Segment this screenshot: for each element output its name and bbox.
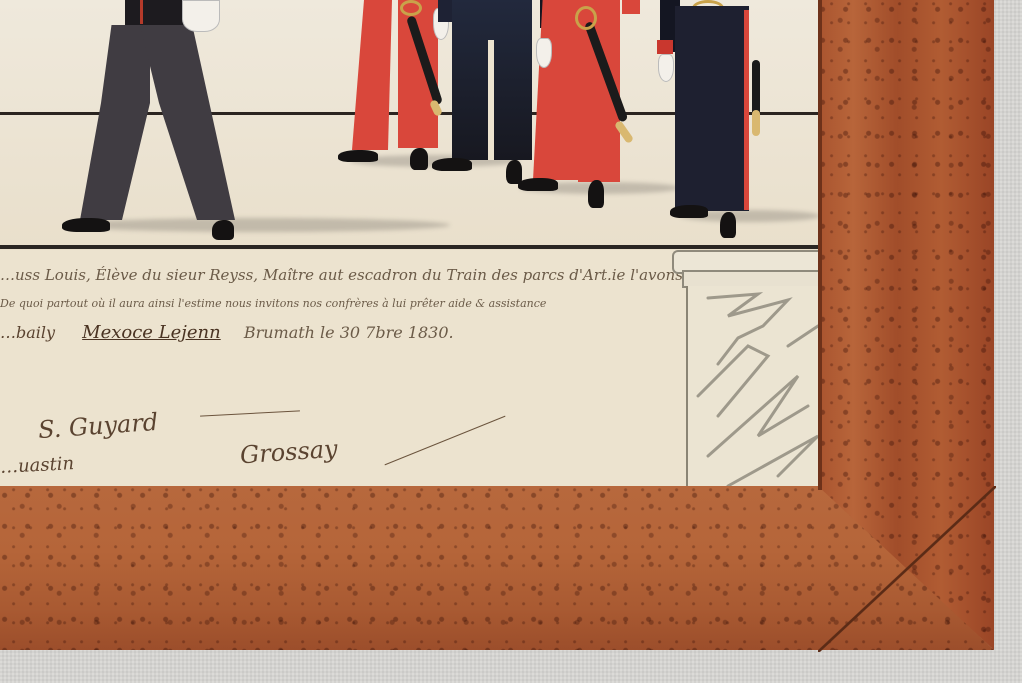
sword-hilt (400, 0, 422, 16)
place-date: Brumath le 30 7bre 1830. (244, 323, 454, 342)
certificate-line-3: …baily Mexoce Lejenn Brumath le 30 7bre … (0, 322, 454, 343)
trouser-gap (488, 40, 494, 160)
trouser-left-leg (80, 25, 150, 220)
ground-shadow (70, 218, 450, 232)
shoe (670, 205, 708, 218)
glove (536, 38, 552, 68)
shoe (338, 150, 378, 162)
shoe (518, 178, 558, 191)
signature-3: Grossay (239, 435, 338, 470)
signature-1: S. Guyard (37, 408, 159, 444)
certificate-line-1: …uss Louis, Élève du sieur Reyss, Maître… (0, 266, 706, 284)
shoe (720, 212, 736, 238)
red-cuff (622, 0, 640, 14)
scabbard-tip (752, 110, 760, 136)
arm-white-sleeve (182, 0, 220, 32)
frame-inner-edge (818, 0, 822, 490)
figure-jacket (125, 0, 185, 26)
trouser-right-leg (140, 25, 235, 220)
shoe (212, 220, 234, 240)
shoe (62, 218, 110, 232)
signature-2: …uastin (0, 453, 75, 478)
artwork-paper: …uss Louis, Élève du sieur Reyss, Maître… (0, 0, 822, 490)
signature-flourish (385, 416, 506, 466)
trouser-left-leg (352, 0, 392, 150)
shoe (588, 180, 604, 208)
scene-text-divider (0, 245, 822, 249)
trousers (675, 6, 749, 211)
shoe (410, 148, 428, 170)
marble-veining (688, 286, 822, 490)
signature-fragment: …baily (0, 323, 55, 342)
trouser-red-stripe (744, 10, 749, 210)
red-cuff (657, 40, 673, 54)
marble-pedestal (668, 250, 822, 490)
certificate-line-2: De quoi partout où il aura ainsi l'estim… (0, 297, 546, 310)
sword-hilt (575, 6, 597, 30)
signature-mayor: Mexoce Lejenn (82, 322, 221, 343)
pedestal-marbled-body (686, 286, 822, 490)
shoe (432, 158, 472, 171)
signature-flourish (200, 410, 300, 416)
illustrated-scene (0, 0, 822, 250)
glove (658, 54, 674, 82)
jacket-trim (140, 0, 143, 24)
